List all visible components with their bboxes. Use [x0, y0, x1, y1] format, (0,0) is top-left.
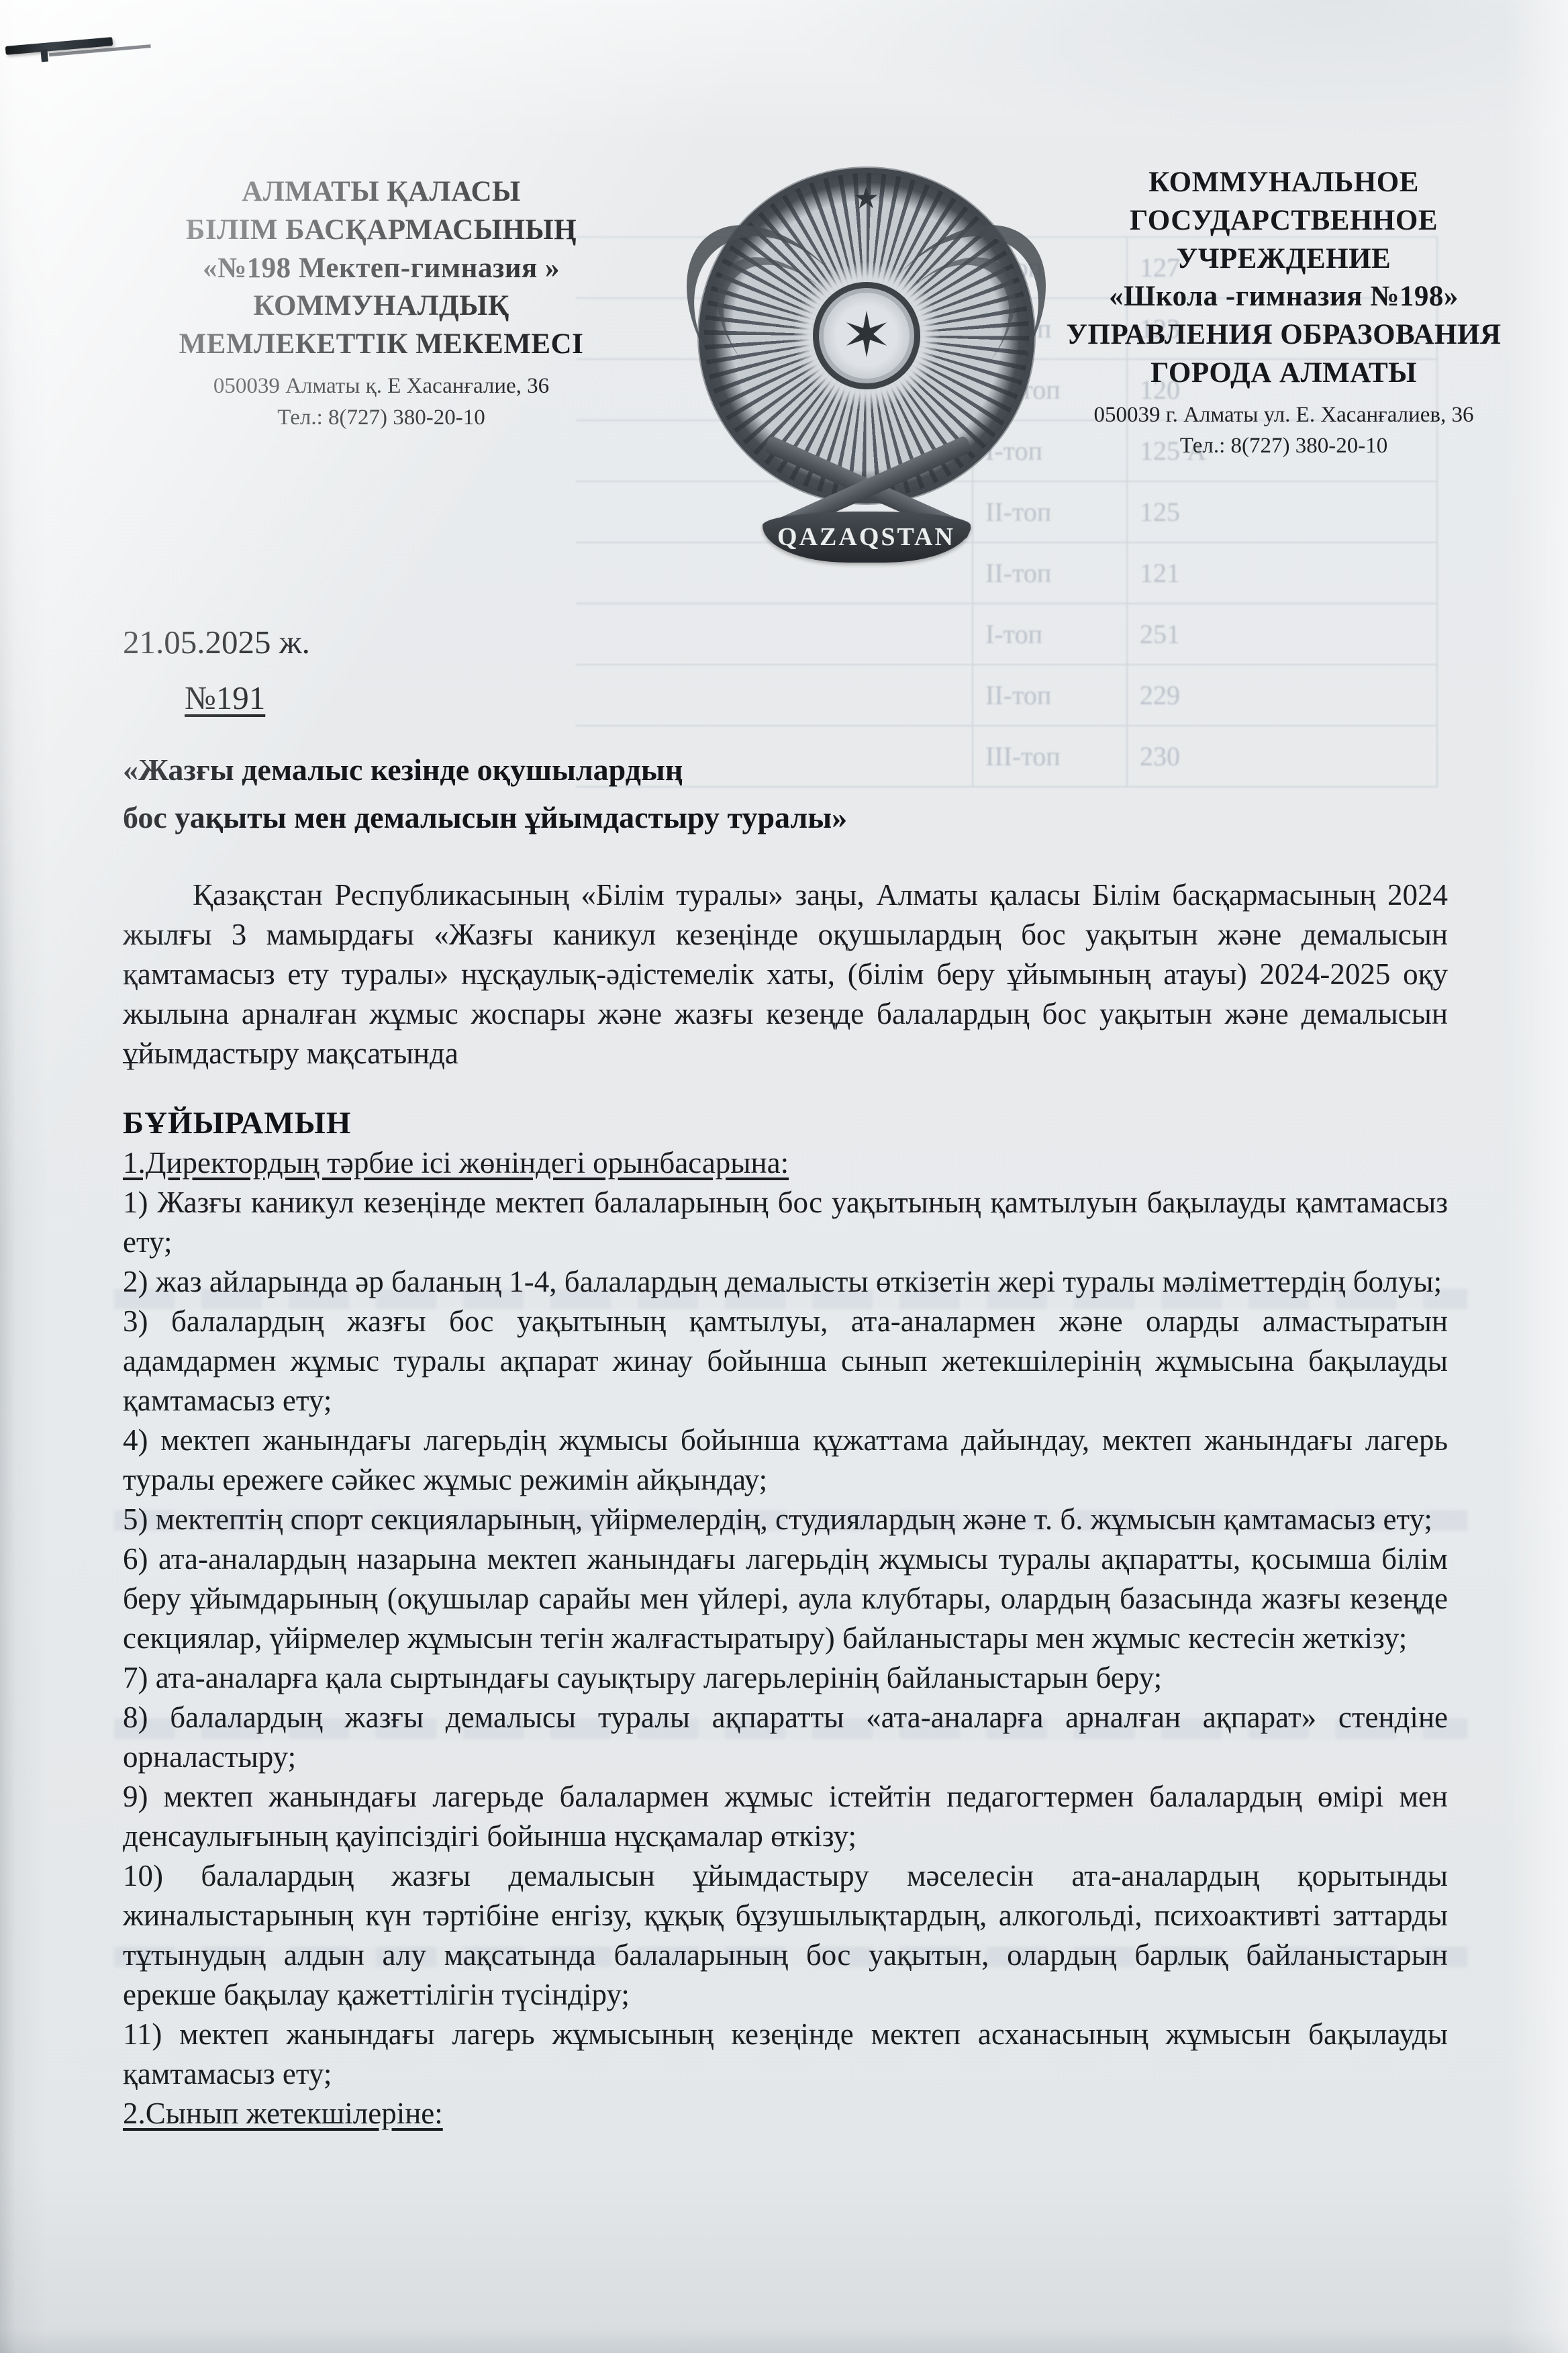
org-name-line: «Школа -гимназия №198»: [1056, 278, 1512, 316]
order-item-4: 4) мектеп жанындағы лагерьдің жұмысы бой…: [123, 1421, 1448, 1500]
order-item-3: 3) балалардың жазғы бос уақытының қамтыл…: [123, 1302, 1448, 1421]
intro-paragraph: Қазақстан Республикасының «Білім туралы»…: [123, 875, 1448, 1073]
order-date: 21.05.2025 ж.: [123, 623, 1448, 661]
org-name-line: АЛМАТЫ ҚАЛАСЫ: [86, 173, 677, 211]
org-address-line: 050039 Алматы қ. Е Хасанғалие, 36: [86, 371, 677, 402]
org-address-line: 050039 г. Алматы ул. Е. Хасанғалиев, 36: [1056, 399, 1512, 431]
order-item-1: 1) Жазғы каникул кезеңінде мектеп балала…: [123, 1183, 1448, 1262]
order-item-10: 10) балалардың жазғы демалысын ұйымдасты…: [123, 1856, 1448, 2015]
order-item-6: 6) ата-аналардың назарына мектеп жанында…: [123, 1539, 1448, 1658]
emblem-ribbon: QAZAQSTAN: [763, 512, 971, 563]
order-number: №191: [185, 679, 265, 717]
section-heading-2: 2.Сынып жетекшілеріне:: [123, 2094, 1448, 2133]
org-address: 050039 г. Алматы ул. Е. Хасанғалиев, 36 …: [1056, 399, 1512, 463]
order-item-11: 11) мектеп жанындағы лагерь жұмысының ке…: [123, 2015, 1448, 2094]
order-title-line: «Жазғы демалыс кезінде оқушылардың: [123, 747, 1448, 794]
order-title-line: бос уақыты мен демалысын ұйымдастыру тур…: [123, 794, 1448, 842]
order-item-2: 2) жаз айларында әр баланың 1-4, балалар…: [123, 1262, 1448, 1302]
org-name-line: УПРАВЛЕНИЯ ОБРАЗОВАНИЯ: [1056, 316, 1512, 354]
star-icon: ★: [853, 181, 879, 215]
org-name-line: «№198 Мектеп-гимназия »: [86, 250, 677, 288]
scanned-order-document: I-топ 127 II-топ 123 III-топ 120 I-топ 1…: [0, 0, 1568, 2353]
org-phone: Тел.: 8(727) 380-20-10: [1056, 430, 1512, 462]
section-heading-1: 1.Директордың тәрбие ісі жөніндегі орынб…: [123, 1143, 1448, 1183]
order-item-5: 5) мектептің спорт секцияларының, үйірме…: [123, 1500, 1448, 1539]
emblem-shanyrak: ✶: [813, 282, 920, 389]
kazakhstan-state-emblem-icon: ★ ✶ QAZAQSTAN: [693, 164, 1039, 627]
order-item-8: 8) балалардың жазғы демалысы туралы ақпа…: [123, 1698, 1448, 1777]
org-address: 050039 Алматы қ. Е Хасанғалие, 36 Тел.: …: [86, 371, 677, 434]
org-name-line: ГОРОДА АЛМАТЫ: [1056, 354, 1512, 393]
org-phone: Тел.: 8(727) 380-20-10: [86, 402, 677, 434]
order-word: БҰЙЫРАМЫН: [123, 1104, 1448, 1143]
order-item-9: 9) мектеп жанындағы лагерьде балалармен …: [123, 1777, 1448, 1856]
order-item-7: 7) ата-аналарға қала сыртындағы сауықтыр…: [123, 1658, 1448, 1698]
document-body: 21.05.2025 ж. №191 «Жазғы демалыс кезінд…: [123, 623, 1448, 2133]
order-title: «Жазғы демалыс кезінде оқушылардың бос у…: [123, 747, 1448, 842]
org-name-russian: КОММУНАЛЬНОЕ ГОСУДАРСТВЕННОЕ УЧРЕЖДЕНИЕ …: [1056, 164, 1512, 462]
org-name-line: УЧРЕЖДЕНИЕ: [1056, 240, 1512, 279]
org-name-line: МЕМЛЕКЕТТІК МЕКЕМЕСІ: [86, 326, 677, 364]
org-name-line: КОММУНАЛЬНОЕ: [1056, 164, 1512, 202]
staple-mark: [5, 37, 113, 55]
org-name-kazakh: АЛМАТЫ ҚАЛАСЫ БІЛІМ БАСҚАРМАСЫНЫҢ «№198 …: [86, 164, 677, 433]
org-name-line: ГОСУДАРСТВЕННОЕ: [1056, 202, 1512, 240]
org-name-line: БІЛІМ БАСҚАРМАСЫНЫҢ: [86, 211, 677, 250]
letterhead: АЛМАТЫ ҚАЛАСЫ БІЛІМ БАСҚАРМАСЫНЫҢ «№198 …: [86, 164, 1512, 627]
org-name-line: КОММУНАЛДЫҚ: [86, 287, 677, 326]
